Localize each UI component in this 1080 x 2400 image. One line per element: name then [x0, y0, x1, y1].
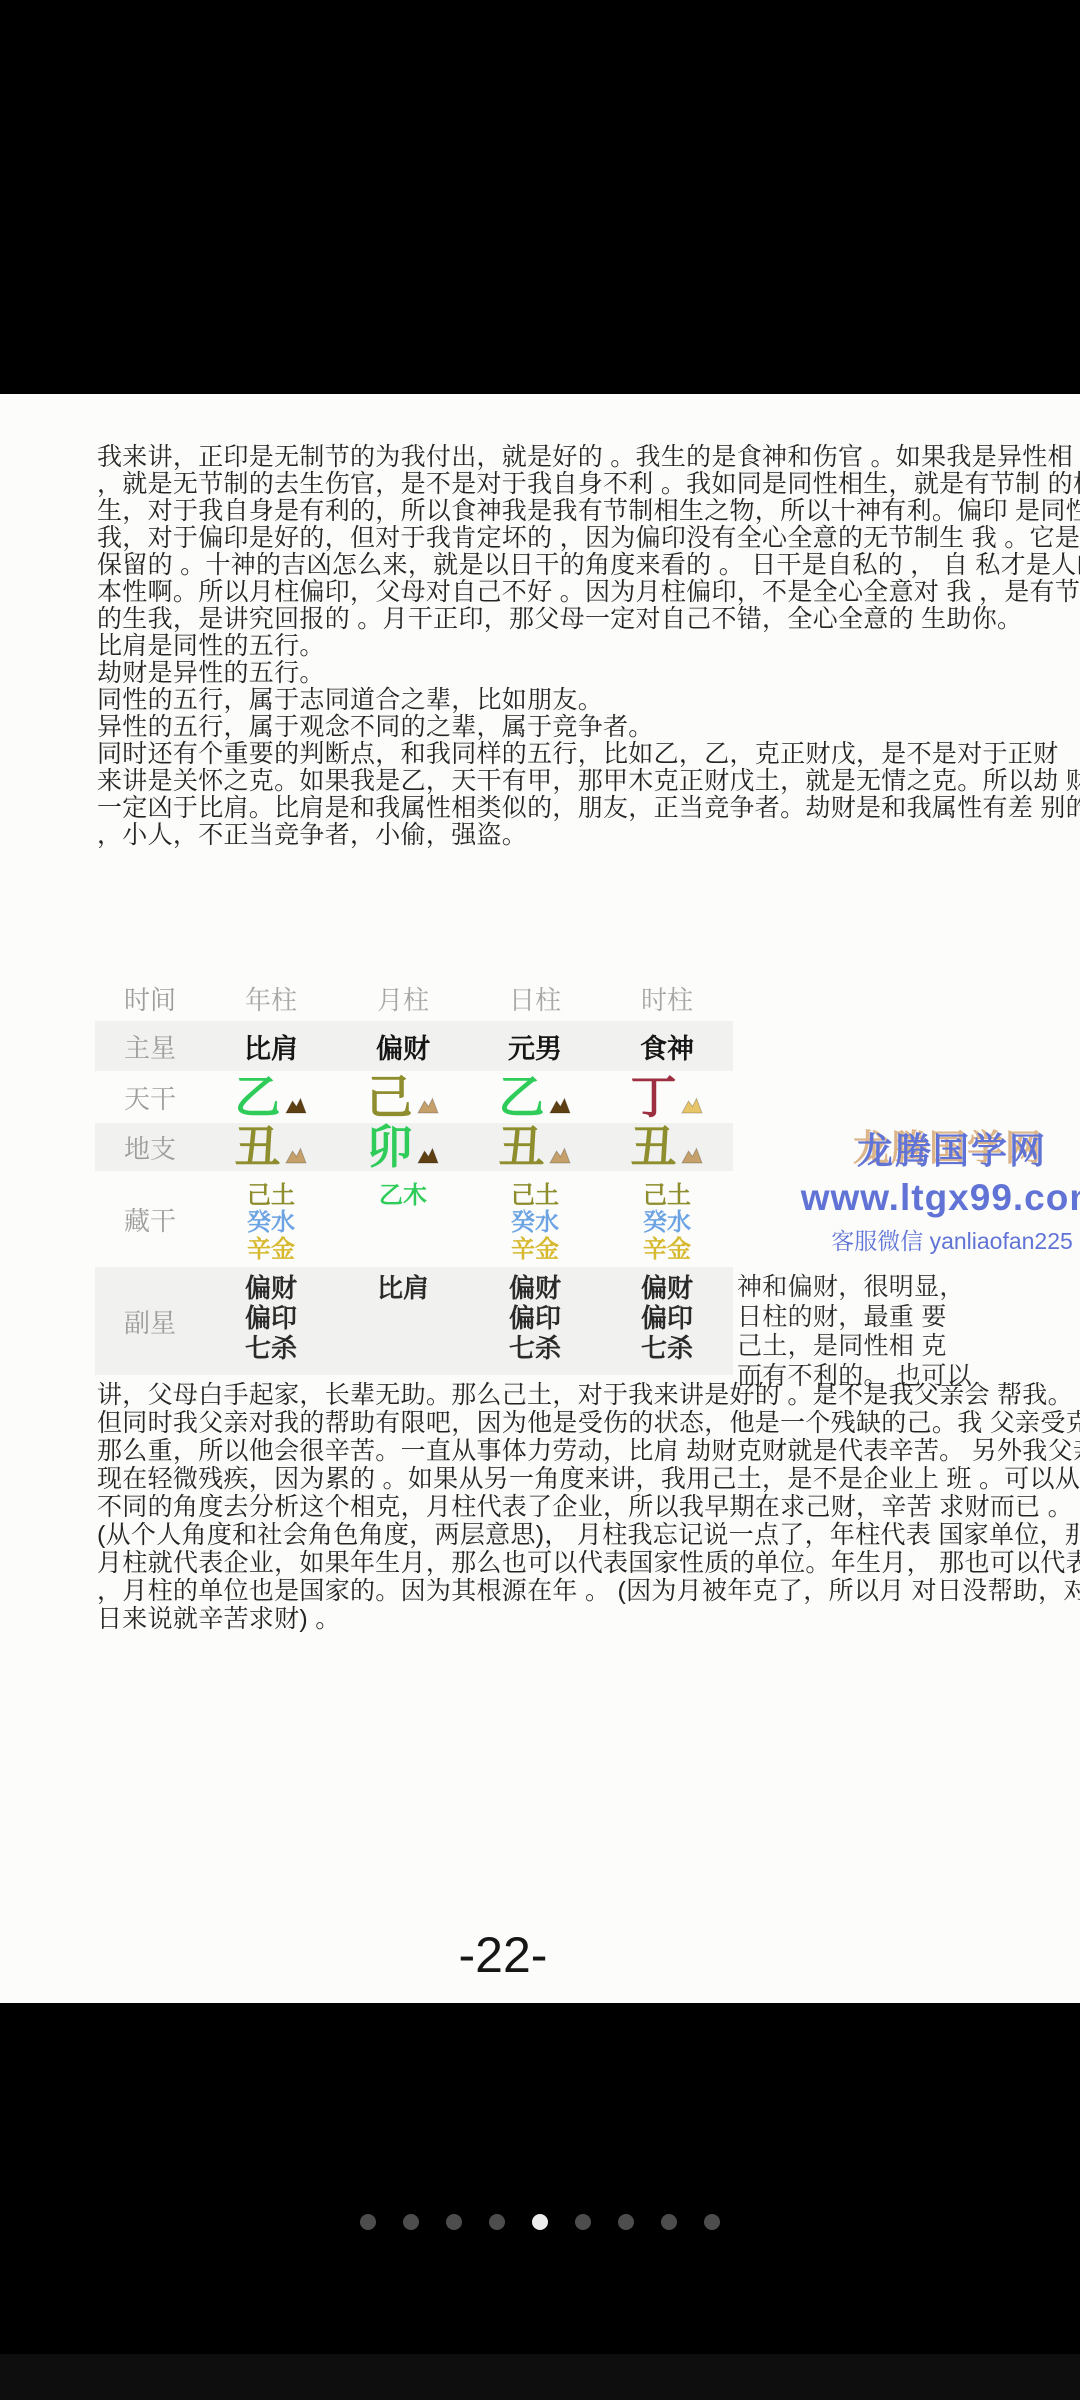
canggan-entry: 辛金 [247, 1236, 295, 1263]
text-line: 保留的 。十神的吉凶怎么来，就是以日干的角度来看的 。 日干是自私的 ， 自 私… [97, 552, 1080, 579]
canggan-entry: 癸水 [643, 1209, 691, 1236]
pagination-dot[interactable] [446, 2214, 462, 2230]
canggan-stack: 己土癸水辛金 [643, 1182, 691, 1263]
fuxing-entry: 偏印 [641, 1303, 693, 1333]
row-label-dizhi: 地支 [95, 1123, 205, 1171]
column-header-1: 年柱 [205, 975, 337, 1021]
wuxing-strength-icon [416, 1146, 440, 1164]
canggan-cell: 己土癸水辛金 [469, 1171, 601, 1267]
fuxing-entry: 七杀 [641, 1333, 693, 1363]
wuxing-strength-icon [680, 1146, 704, 1164]
wuxing-strength-icon [284, 1096, 308, 1114]
text-line: 不同的角度去分析这个相克，月柱代表了企业，所以我早期在求己财，辛苦 求财而已 。 [97, 1493, 1080, 1521]
pagination-dot[interactable] [360, 2214, 376, 2230]
column-header-2: 月柱 [337, 975, 469, 1021]
dizhi-character: 卯 [367, 1124, 413, 1170]
text-line: 讲，父母白手起家，长辈无助。那么己土，对于我来讲是好的 。是不是我父亲会 帮我。 [97, 1381, 1080, 1409]
tiangan-glyph-wrap: 乙 [235, 1074, 308, 1120]
watermark: 龙腾国学网 www.ltgx99.com 客服微信 yanliaofan225 [797, 1128, 1080, 1261]
text-line: (从个人角度和社会角色角度，两层意思)， 月柱我忘记说一点了，年柱代表 国家单位… [97, 1521, 1080, 1549]
canggan-entry: 乙木 [379, 1182, 427, 1209]
fuxing-entry: 七杀 [245, 1333, 297, 1363]
dizhi-cell: 丑 [469, 1123, 601, 1171]
fuxing-entry: 偏财 [641, 1273, 693, 1303]
document-page[interactable]: 我来讲，正印是无制节的为我付出，就是好的 。我生的是食神和伤官 。如果我是异性相… [0, 394, 1080, 2003]
clipped-text-fragments: 神和偏财，很明显，日柱的财，最重 要己土，是同性相 克而有不利的。 也可以 [737, 1273, 972, 1391]
row-label-tiangan: 天干 [95, 1071, 205, 1123]
text-line: 但同时我父亲对我的帮助有限吧，因为他是受伤的状态，他是一个残缺的己。我 父亲受克 [97, 1409, 1080, 1437]
main-star-cell: 元男 [469, 1021, 601, 1071]
table-row: 地支丑卯丑丑 [95, 1123, 733, 1171]
paragraph-top: 我来讲，正印是无制节的为我付出，就是好的 。我生的是食神和伤官 。如果我是异性相… [97, 444, 1080, 849]
wuxing-strength-icon [548, 1146, 572, 1164]
tiangan-character: 己 [367, 1074, 413, 1120]
fuxing-entry: 偏财 [245, 1273, 297, 1303]
page-number: -22- [353, 1926, 653, 1984]
text-line: 同性的五行，属于志同道合之辈，比如朋友。 [97, 687, 1080, 714]
table-row: 主星比肩偏财元男食神 [95, 1021, 733, 1071]
wuxing-strength-icon [416, 1096, 440, 1114]
main-star-cell: 比肩 [205, 1021, 337, 1071]
canggan-entry: 辛金 [511, 1236, 559, 1263]
canggan-cell: 己土癸水辛金 [601, 1171, 733, 1267]
fuxing-entry: 偏财 [509, 1273, 561, 1303]
main-star-cell: 食神 [601, 1021, 733, 1071]
tiangan-glyph-wrap: 丁 [631, 1074, 704, 1120]
dizhi-cell: 卯 [337, 1123, 469, 1171]
column-header-4: 时柱 [601, 975, 733, 1021]
canggan-cell: 乙木 [337, 1171, 469, 1267]
fuxing-entry: 七杀 [509, 1333, 561, 1363]
table-row: 时间年柱月柱日柱时柱 [95, 975, 733, 1021]
pagination-dots[interactable] [0, 2214, 1080, 2230]
row-label-time: 时间 [95, 975, 205, 1021]
canggan-stack: 己土癸水辛金 [247, 1182, 295, 1263]
text-line: 现在轻微残疾，因为累的 。如果从另一角度来讲，我用己土，是不是企业上 班 。可以… [97, 1465, 1080, 1493]
watermark-site-name: 龙腾国学网 [797, 1128, 1080, 1174]
tiangan-glyph-wrap: 己 [367, 1074, 440, 1120]
text-line: 同时还有个重要的判断点，和我同样的五行，比如乙，乙，克正财戊，是不是对于正财 [97, 741, 1080, 768]
watermark-url: www.ltgx99.com [797, 1174, 1080, 1221]
text-line: 月柱就代表企业，如果年生月，那么也可以代表国家性质的单位。年生月， 那也可以代表 [97, 1549, 1080, 1577]
row-label-zhuxing: 主星 [95, 1021, 205, 1071]
text-line: 本性啊。所以月柱偏印，父母对自己不好 。因为月柱偏印，不是全心全意对 我 ，是有… [97, 579, 1080, 606]
canggan-entry: 己土 [511, 1182, 559, 1209]
text-line: 的生我，是讲究回报的 。月干正印，那父母一定对自己不错，全心全意的 生助你。 [97, 606, 1080, 633]
pagination-dot[interactable] [489, 2214, 505, 2230]
tiangan-character: 乙 [235, 1074, 281, 1120]
wuxing-strength-icon [680, 1096, 704, 1114]
canggan-stack: 乙木 [379, 1182, 427, 1209]
tiangan-glyph-wrap: 乙 [499, 1074, 572, 1120]
row-label-canggan: 藏干 [95, 1171, 205, 1267]
fuxing-stack: 比肩 [377, 1273, 429, 1303]
dizhi-glyph-wrap: 丑 [235, 1124, 308, 1170]
text-line: 生，对于我自身是有利的，所以食神我是我有节制相生之物，所以十神有利。偏印 是同性… [97, 498, 1080, 525]
text-line: ，就是无节制的去生伤官，是不是对于我自身不利 。我如同是同性相生，就是有节制 的… [97, 471, 1080, 498]
canggan-entry: 己土 [643, 1182, 691, 1209]
text-line: ，小人，不正当竞争者，小偷，强盗。 [97, 822, 1080, 849]
fuxing-stack: 偏财偏印七杀 [245, 1273, 297, 1363]
text-line: 己土，是同性相 克 [737, 1332, 972, 1362]
text-line: 我来讲，正印是无制节的为我付出，就是好的 。我生的是食神和伤官 。如果我是异性相… [97, 444, 1080, 471]
pagination-dot[interactable] [704, 2214, 720, 2230]
bazi-chart-table: 时间年柱月柱日柱时柱主星比肩偏财元男食神天干乙己乙丁地支丑卯丑丑藏干己土癸水辛金… [95, 975, 733, 1375]
tiangan-cell: 己 [337, 1071, 469, 1123]
text-line: 那么重，所以他会很辛苦。一直从事体力劳动，比肩 劫财克财就是代表辛苦。 另外我父… [97, 1437, 1080, 1465]
canggan-entry: 辛金 [643, 1236, 691, 1263]
wuxing-strength-icon [284, 1146, 308, 1164]
text-line: ，月柱的单位也是国家的。因为其根源在年 。 (因为月被年克了，所以月 对日没帮助… [97, 1577, 1080, 1605]
dizhi-cell: 丑 [601, 1123, 733, 1171]
fuxing-cell: 比肩 [337, 1267, 469, 1375]
dizhi-glyph-wrap: 丑 [631, 1124, 704, 1170]
text-line: 一定凶于比肩。比肩是和我属性相类似的，朋友，正当竞争者。劫财是和我属性有差 别的 [97, 795, 1080, 822]
text-line: 神和偏财，很明显， [737, 1273, 972, 1303]
main-star-cell: 偏财 [337, 1021, 469, 1071]
canggan-cell: 己土癸水辛金 [205, 1171, 337, 1267]
table-row: 藏干己土癸水辛金乙木己土癸水辛金己土癸水辛金 [95, 1171, 733, 1267]
fuxing-cell: 偏财偏印七杀 [601, 1267, 733, 1375]
canggan-stack: 己土癸水辛金 [511, 1182, 559, 1263]
paragraph-bottom: 讲，父母白手起家，长辈无助。那么己土，对于我来讲是好的 。是不是我父亲会 帮我。… [97, 1381, 1080, 1633]
phone-screen: 我来讲，正印是无制节的为我付出，就是好的 。我生的是食神和伤官 。如果我是异性相… [0, 0, 1080, 2400]
fuxing-cell: 偏财偏印七杀 [469, 1267, 601, 1375]
tiangan-character: 乙 [499, 1074, 545, 1120]
table-row: 天干乙己乙丁 [95, 1071, 733, 1123]
fuxing-entry: 偏印 [245, 1303, 297, 1333]
text-line: 劫财是异性的五行。 [97, 660, 1080, 687]
text-line: 我，对于偏印是好的，但对于我肯定坏的 ，因为偏印没有全心全意的无节制生 我 。它… [97, 525, 1080, 552]
row-label-fuxing: 副星 [95, 1267, 205, 1375]
dizhi-character: 丑 [499, 1124, 545, 1170]
canggan-entry: 癸水 [511, 1209, 559, 1236]
text-line: 异性的五行，属于观念不同的之辈，属于竞争者。 [97, 714, 1080, 741]
pagination-dot[interactable] [403, 2214, 419, 2230]
text-line: 来讲是关怀之克。如果我是乙，天干有甲，那甲木克正财戊土，就是无情之克。所以劫 财 [97, 768, 1080, 795]
dizhi-glyph-wrap: 卯 [367, 1124, 440, 1170]
fuxing-entry: 偏印 [509, 1303, 561, 1333]
text-line: 日柱的财，最重 要 [737, 1303, 972, 1333]
pagination-dot-active[interactable] [532, 2214, 548, 2230]
wuxing-strength-icon [548, 1096, 572, 1114]
pagination-dot[interactable] [661, 2214, 677, 2230]
bottom-nav-strip [0, 2354, 1080, 2400]
text-line: 日来说就辛苦求财) 。 [97, 1605, 1080, 1633]
fuxing-cell: 偏财偏印七杀 [205, 1267, 337, 1375]
dizhi-glyph-wrap: 丑 [499, 1124, 572, 1170]
table-row: 副星偏财偏印七杀比肩偏财偏印七杀偏财偏印七杀 [95, 1267, 733, 1375]
tiangan-cell: 乙 [205, 1071, 337, 1123]
dizhi-character: 丑 [235, 1124, 281, 1170]
canggan-entry: 己土 [247, 1182, 295, 1209]
dizhi-cell: 丑 [205, 1123, 337, 1171]
pagination-dot[interactable] [618, 2214, 634, 2230]
fuxing-stack: 偏财偏印七杀 [641, 1273, 693, 1363]
text-line: 比肩是同性的五行。 [97, 633, 1080, 660]
column-header-3: 日柱 [469, 975, 601, 1021]
watermark-contact: 客服微信 yanliaofan225 [797, 1221, 1080, 1261]
tiangan-character: 丁 [631, 1074, 677, 1120]
tiangan-cell: 乙 [469, 1071, 601, 1123]
fuxing-entry: 比肩 [377, 1273, 429, 1303]
fuxing-stack: 偏财偏印七杀 [509, 1273, 561, 1363]
tiangan-cell: 丁 [601, 1071, 733, 1123]
canggan-entry: 癸水 [247, 1209, 295, 1236]
dizhi-character: 丑 [631, 1124, 677, 1170]
pagination-dot[interactable] [575, 2214, 591, 2230]
